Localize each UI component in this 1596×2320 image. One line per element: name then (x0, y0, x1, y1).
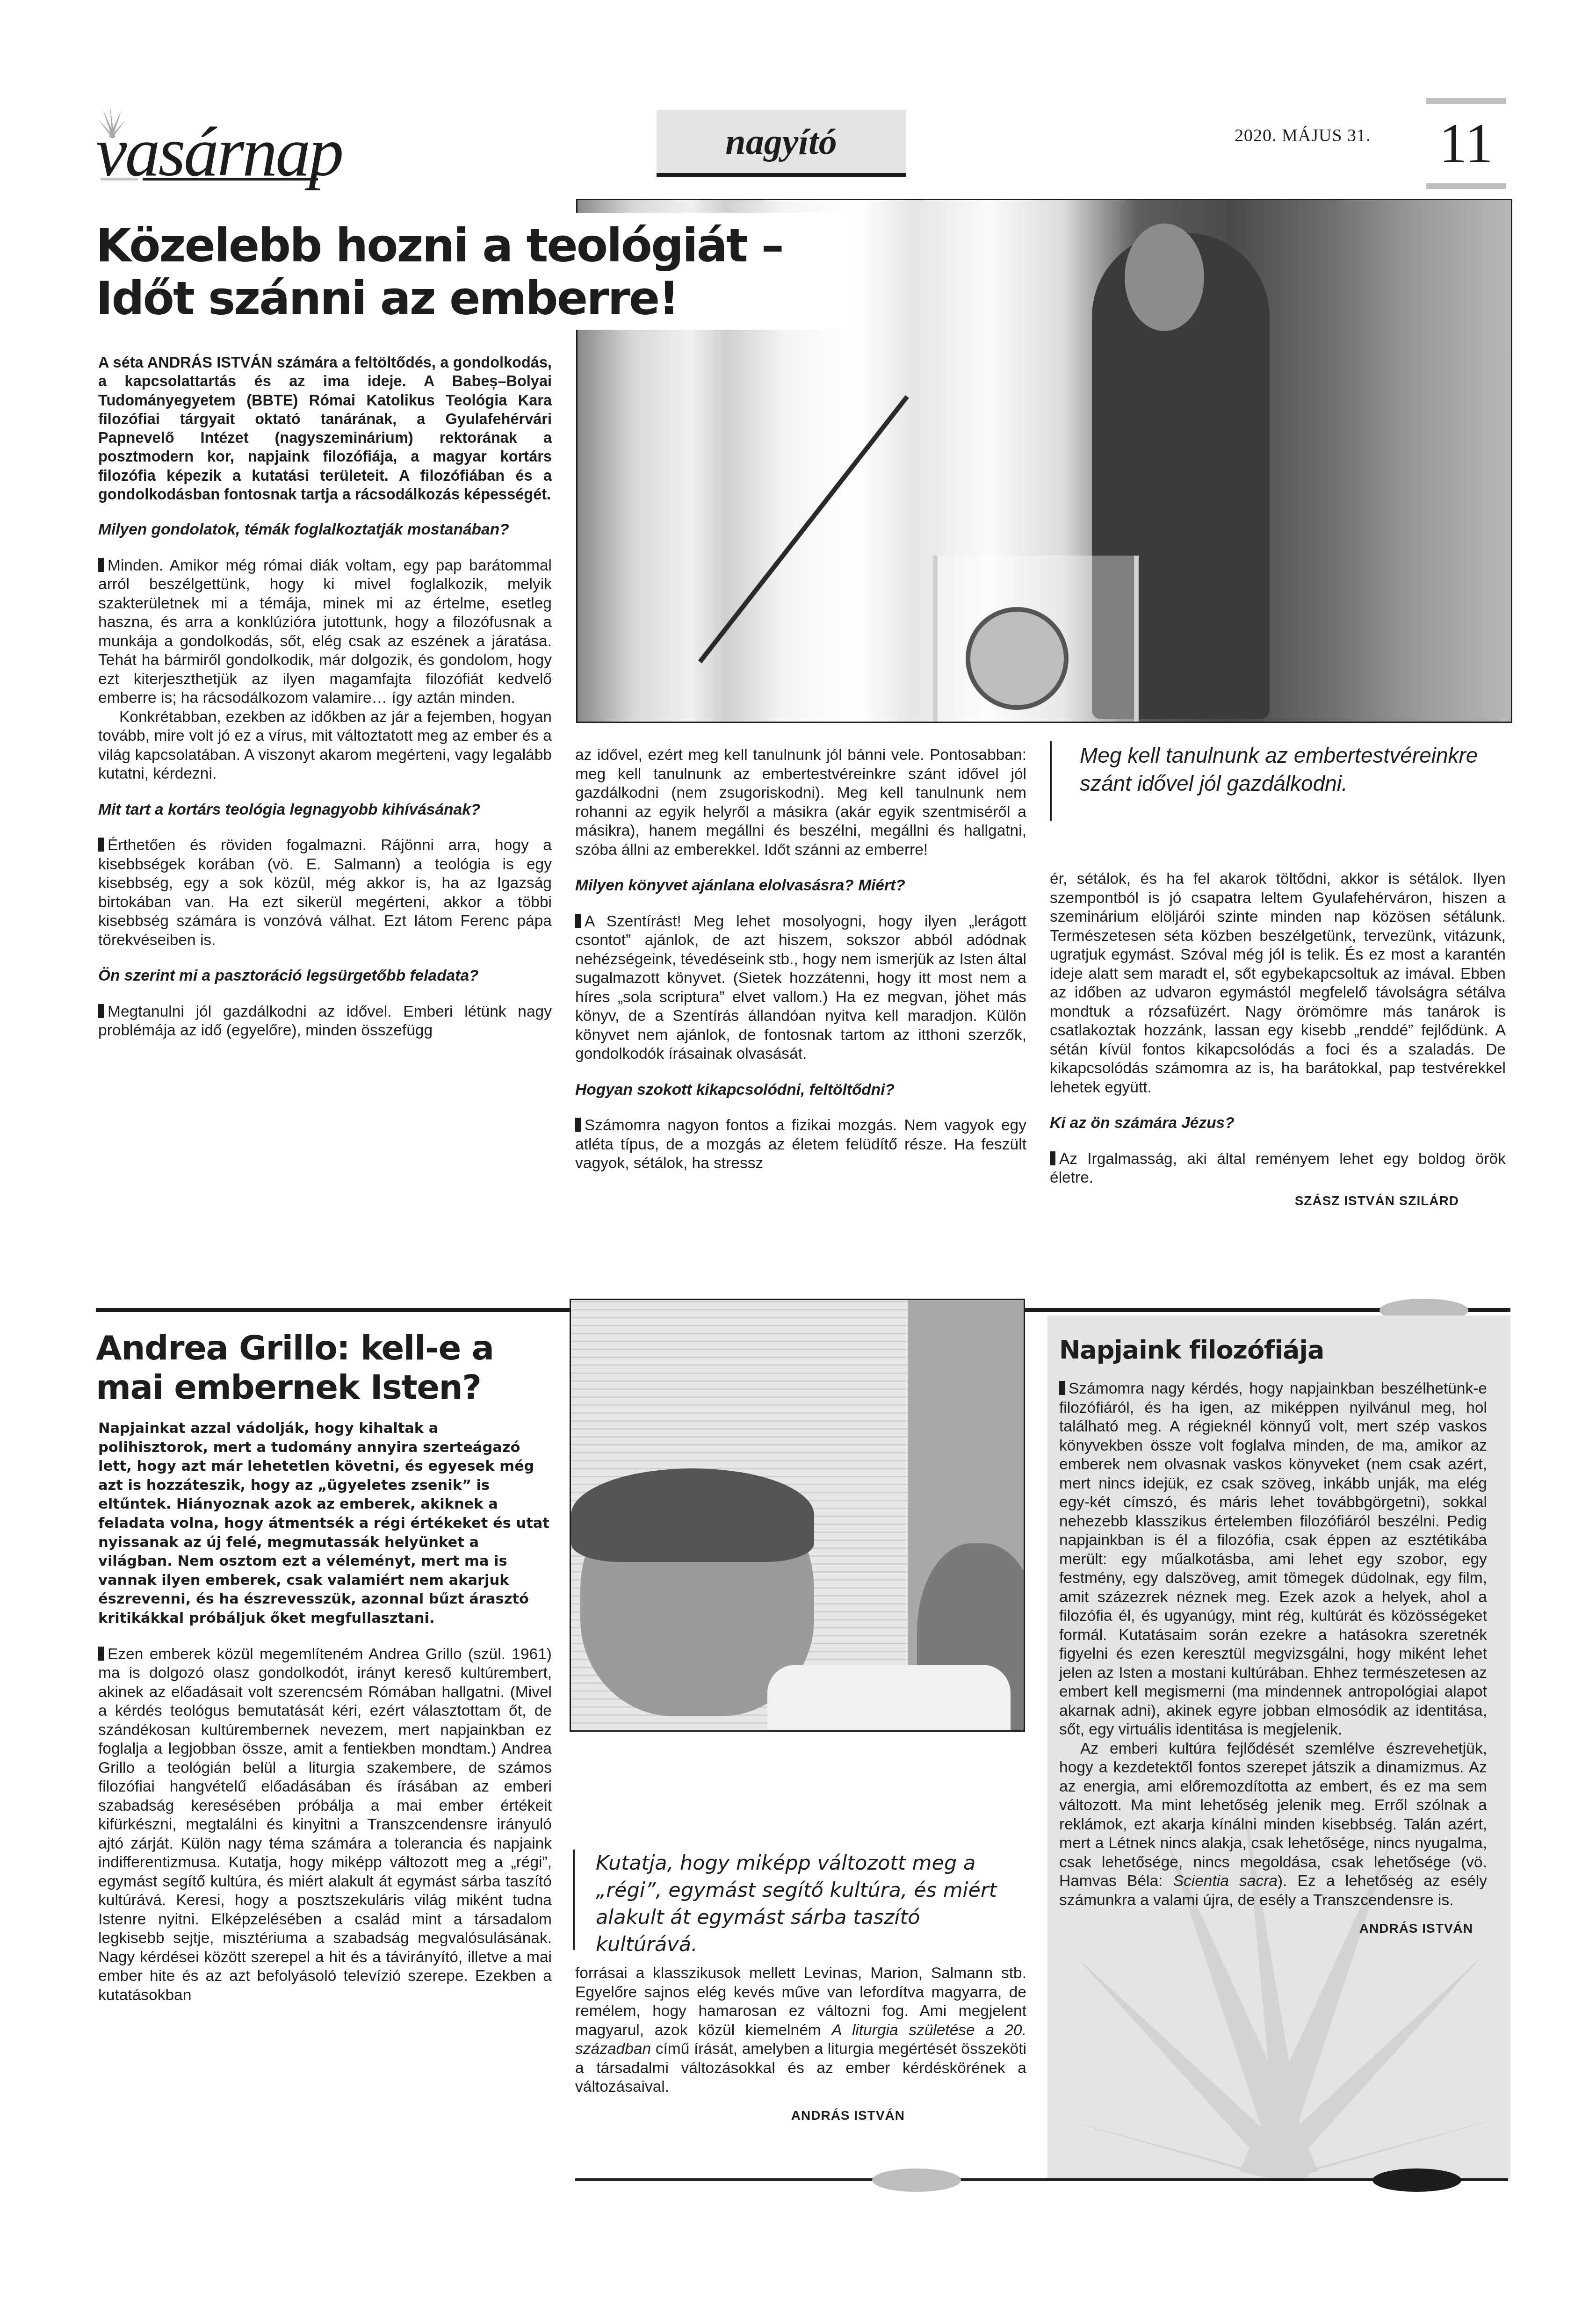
grillo-lead: Napjainkat azzal vádolják, hogy kihaltak… (98, 1419, 552, 1628)
byline-oval-ornament (1372, 2168, 1461, 2192)
bottom-rule (575, 2178, 1508, 2181)
interview-column-2: az idővel, ezért meg kell tanulnunk jól … (575, 746, 1026, 1173)
question-5: Hogyan szokott kikapcsolódni, feltöltődn… (575, 1081, 1026, 1100)
page-number: 11 (1426, 98, 1506, 189)
answer-3: Megtanulni jól gazdálkodni az idővel. Em… (98, 1003, 552, 1041)
portrait-hair (571, 1468, 814, 1562)
interview-column-1: A séta ANDRÁS ISTVÁN számára a feltöltőd… (98, 353, 552, 1041)
interview-column-3: ér, sétálok, és ha fel akarok töltődni, … (1050, 870, 1506, 1210)
article-headline: Közelebb hozni a teológiát – Időt szánni… (96, 220, 844, 325)
sidebar-text: Számomra nagy kérdés, hogy napjainkban b… (1059, 1380, 1487, 1938)
answer-1-cont: Konkrétabban, ezekben az időkben az jár … (98, 708, 552, 784)
section-label: nagyító (725, 121, 837, 163)
question-4: Milyen könyvet ajánlana elolvasásra? Mié… (575, 876, 1026, 896)
grillo-column-2: forrásai a klasszikusok mellett Levinas,… (575, 1964, 1026, 2125)
sidebar-title: Napjaink filozófiája (1059, 1335, 1324, 1365)
answer-marker-icon (98, 1004, 104, 1018)
grillo-byline: ANDRÁS ISTVÁN (575, 2106, 905, 2125)
logo-text: vasárnap (96, 117, 342, 187)
answer-marker-icon (98, 558, 104, 572)
answer-2: Érthetően és röviden fogalmazni. Rájönni… (98, 836, 552, 950)
answer-marker-icon (98, 838, 104, 852)
interview-byline: SZÁSZ ISTVÁN SZILÁRD (1050, 1192, 1459, 1211)
answer-marker-icon (575, 914, 581, 928)
grillo-body: Ezen emberek közül megemlíteném Andrea G… (98, 1645, 552, 2005)
grillo-pull-quote: Kutatja, hogy miképp változott meg a „ré… (573, 1850, 1022, 1950)
logo-rule-gray (101, 178, 138, 181)
answer-6: Az Irgalmasság, aki által reményem lehet… (1050, 1150, 1506, 1188)
speaker-head (1125, 224, 1204, 331)
book-title: Scientia sacra (1173, 1872, 1278, 1890)
answer-marker-icon (1050, 1151, 1055, 1165)
answer-5-cont: ér, sétálok, és ha fel akarok töltődni, … (1050, 870, 1506, 1097)
paragraph-marker-icon (98, 1647, 104, 1661)
answer-5: Számomra nagyon fontos a fizikai mozgás.… (575, 1116, 1026, 1173)
question-1: Milyen gondolatok, témák foglalkoztatják… (98, 520, 552, 540)
section-tab: nagyító (657, 110, 906, 177)
grillo-body-cont: forrásai a klasszikusok mellett Levinas,… (575, 1964, 1026, 2097)
answer-1: Minden. Amikor még római diák voltam, eg… (98, 557, 552, 708)
portrait-shirt (767, 1665, 1011, 1732)
grillo-headline: Andrea Grillo: kell-e a mai embernek Ist… (96, 1328, 559, 1407)
sidebar-paragraph-2: Az emberi kultúra fejlődését szemlélve é… (1059, 1740, 1487, 1910)
question-3: Ön szerint mi a pasztoráció legsürgetőbb… (98, 967, 552, 986)
andrea-grillo-portrait-photo (570, 1299, 1025, 1732)
sidebar-paragraph-1: Számomra nagy kérdés, hogy napjainkban b… (1059, 1380, 1487, 1740)
answer-3-cont: az idővel, ezért meg kell tanulnunk jól … (575, 746, 1026, 860)
answer-marker-icon (575, 1118, 581, 1132)
grillo-column-1: Napjainkat azzal vádolják, hogy kihaltak… (98, 1419, 552, 2005)
answer-4: A Szentírást! Meg lehet mosolyogni, hogy… (575, 912, 1026, 1064)
university-seal-icon (966, 607, 1069, 710)
question-2: Mit tart a kortárs teológia legnagyobb k… (98, 801, 552, 820)
pull-quote: Meg kell tanulnunk az embertestvéreinkre… (1050, 741, 1506, 821)
byline-oval-ornament (872, 2168, 961, 2192)
sidebar-byline: ANDRÁS ISTVÁN (1059, 1919, 1473, 1938)
question-6: Ki az ön számára Jézus? (1050, 1114, 1506, 1133)
issue-date: 2020. MÁJUS 31. (1235, 125, 1371, 146)
masthead-logo: vasárnap (96, 101, 344, 180)
microphone-stand (698, 395, 909, 664)
paragraph-marker-icon (1059, 1381, 1065, 1395)
logo-rule-black (143, 178, 318, 181)
article-lead: A séta ANDRÁS ISTVÁN számára a feltöltőd… (98, 353, 552, 504)
